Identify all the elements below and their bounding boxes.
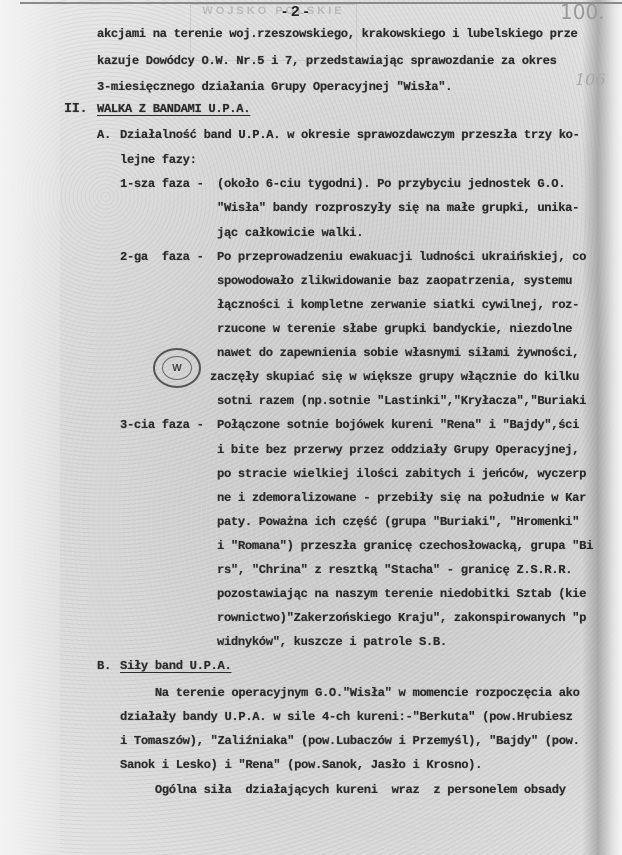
archive-stamp-text: WOJSKO POLSKIE	[202, 5, 344, 17]
phase-line: rs", "Chrina" z resztką "Stacha" - grani…	[217, 563, 572, 577]
document-page: WOJSKO POLSKIE - 2 - 100. 106 akcjami na…	[0, 0, 622, 855]
section-title: WALKA Z BANDAMI U.P.A.	[97, 102, 250, 116]
phase-line: (około 6-ciu tygodni). Po przybyciu jedn…	[217, 177, 565, 191]
phase-line: spowodowało zlikwidowanie baz zaopatrzen…	[217, 274, 572, 288]
left-margin-shading	[0, 0, 60, 855]
phase-label: 3-cia faza -	[120, 418, 204, 432]
intro-line: akcjami na terenie woj.rzeszowskiego, kr…	[97, 27, 578, 41]
right-edge-shadow	[582, 0, 622, 855]
subsection-letter: A.	[97, 128, 111, 142]
paragraph-line: i Tomaszów), "Zaliźniaka" (pow.Lubaczów …	[120, 734, 580, 748]
phase-label: 2-ga faza -	[120, 250, 204, 264]
paragraph-line: Na terenie operacyjnym G.O."Wisła" w mom…	[120, 686, 580, 700]
phase-line: widnyków", kuszcze i patrole S.B.	[217, 635, 447, 649]
intro-line: 3-miesięcznego działania Grupy Operacyjn…	[97, 80, 452, 94]
round-archive-stamp: W	[153, 348, 201, 388]
phase-line: po stracie wielkiej ilości zabitych i je…	[217, 467, 586, 481]
phase-line: i "Romana") przeszła granicę czechosłowa…	[217, 539, 593, 553]
phase-line: ne i zdemoralizowane - przebiły się na p…	[217, 491, 586, 505]
paragraph-line: Działalność band U.P.A. w okresie sprawo…	[120, 128, 580, 142]
paragraph-line: Sanok i Lesko) i "Rena" (pow.Sanok, Jasł…	[120, 758, 482, 772]
intro-line: kazuje Dowódcy O.W. Nr.5 i 7, przedstawi…	[97, 54, 557, 68]
page-number: - 2 -	[282, 3, 309, 20]
phase-line: sotni razem (np.sotnie "Lastinki","Kryła…	[217, 394, 586, 408]
phase-line: i bite bez przerwy przez oddziały Grupy …	[217, 443, 579, 457]
phase-line: nawet do zapewnienia sobie własnymi siła…	[217, 346, 579, 360]
phase-line: Połączone sotnie bojówek kureni "Rena" i…	[217, 418, 579, 432]
phase-line: jąc całkowicie walki.	[217, 226, 363, 240]
phase-line: "Wisła" bandy rozproszyły się na małe gr…	[217, 201, 579, 215]
phase-line: rzucone w terenie słabe grupki bandyckie…	[217, 322, 572, 336]
subsection-letter: B.	[97, 659, 111, 673]
phase-label: 1-sza faza -	[120, 177, 204, 191]
phase-line: pozostawiając na naszym terenie niedobit…	[217, 587, 586, 601]
handwritten-folio-side: 106	[575, 70, 606, 89]
phase-line: rownictwo)"Zakerzońskiego Kraju", zakons…	[217, 611, 586, 625]
subsection-title: Siły band U.P.A.	[120, 659, 231, 673]
phase-line: zaczęły skupiać się w większe grupy włąc…	[210, 370, 579, 384]
paragraph-line: działały bandy U.P.A. w sile 4-ch kureni…	[120, 710, 573, 724]
paragraph-line: lejne fazy:	[120, 153, 197, 167]
phase-line: łączności i kompletne zerwanie siatki cy…	[217, 298, 579, 312]
stamp-emblem: W	[162, 356, 192, 380]
phase-line: Po przeprowadzeniu ewakuacji ludności uk…	[217, 250, 586, 264]
phase-line: paty. Poważna ich część (grupa "Buriaki"…	[217, 515, 579, 529]
section-number: II.	[64, 102, 87, 117]
handwritten-folio-top: 100.	[560, 0, 605, 24]
paragraph-line: Ogólna siła działających kureni wraz z p…	[120, 783, 566, 797]
